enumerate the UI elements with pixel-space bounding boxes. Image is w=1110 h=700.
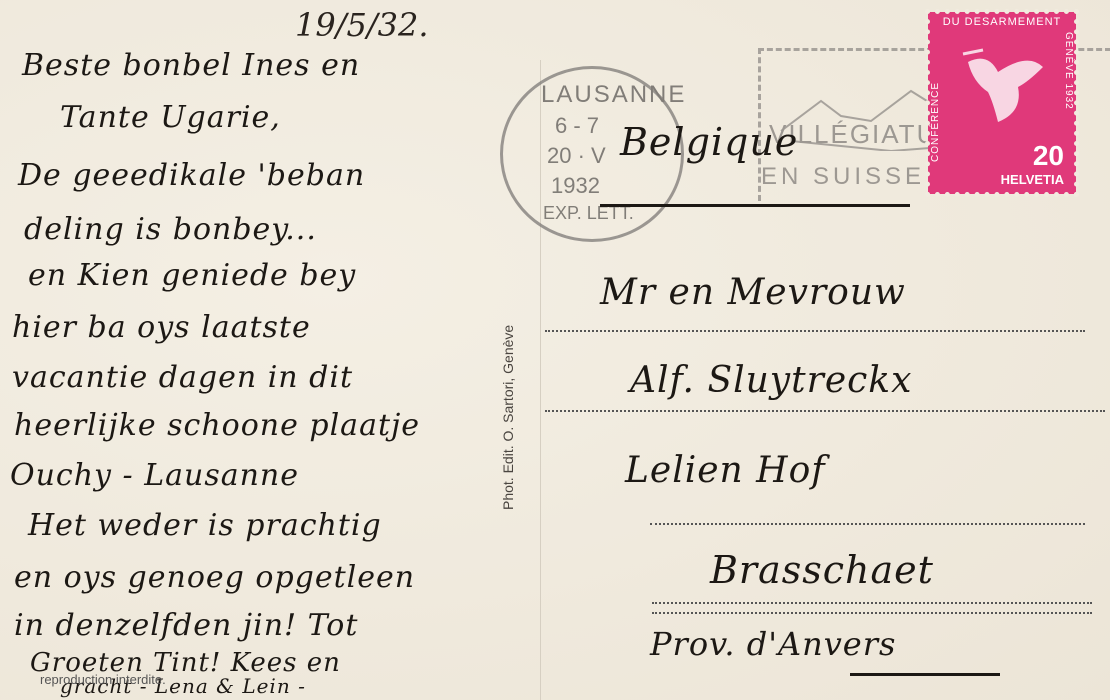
address-country: Belgique — [620, 120, 798, 164]
stamp-country: HELVETIA — [1001, 172, 1064, 187]
address-line3: Lelien Hof — [625, 450, 826, 491]
message-line: vacantie dagen in dit — [12, 360, 353, 395]
message-line: Ouchy - Lausanne — [10, 458, 299, 493]
message-line: in denzelfden jin! Tot — [14, 608, 358, 643]
postcard: 19/5/32. Beste bonbel Ines en Tante Ugar… — [0, 0, 1110, 700]
message-line: deling is bonbey... — [24, 212, 317, 247]
address-line5: Prov. d'Anvers — [650, 625, 896, 663]
country-underline — [600, 204, 910, 207]
message-line: Beste bonbel Ines en — [22, 48, 360, 83]
province-underline — [850, 673, 1000, 676]
postage-stamp: DU DESARMEMENT CONFÉRENCE GENÈVE 1932 20… — [928, 12, 1076, 194]
address-rule — [652, 602, 1092, 604]
message-line: en oys genoeg opgetleen — [14, 560, 415, 595]
stamp-top-text: DU DESARMEMENT — [928, 16, 1076, 28]
slogan-line2: EN SUISSE — [761, 163, 925, 191]
reproduction-notice: reproduction interdite. — [40, 672, 166, 687]
message-line: hier ba oys laatste — [12, 310, 311, 345]
message-line: en Kien geniede bey — [28, 258, 356, 293]
postmark-year: 1932 — [551, 173, 600, 199]
address-rule — [545, 410, 1105, 412]
message-line: Tante Ugarie, — [60, 100, 281, 135]
stamp-right-text: GENÈVE 1932 — [1063, 32, 1074, 110]
stamp-left-text: CONFÉRENCE — [930, 82, 941, 162]
message-line: Het weder is prachtig — [28, 508, 382, 543]
message-line: De geeedikale 'beban — [18, 158, 365, 193]
handwritten-date: 19/5/32. — [295, 6, 429, 44]
address-line1: Mr en Mevrouw — [600, 272, 906, 313]
address-line2: Alf. Sluytreckx — [630, 360, 912, 401]
address-rule — [545, 330, 1085, 332]
photo-credit: Phot. Edit. O. Sartori, Genève — [500, 325, 516, 510]
address-rule — [650, 523, 1085, 525]
postmark-date: 20 · V — [547, 143, 606, 169]
message-line: heerlijke schoone plaatje — [14, 408, 420, 443]
postmark-city: LAUSANNE — [541, 81, 686, 109]
dove-icon — [958, 42, 1048, 132]
address-line4: Brasschaet — [710, 548, 934, 592]
stamp-value: 20 — [1033, 140, 1064, 172]
address-rule — [652, 612, 1092, 614]
postmark-time: 6 - 7 — [555, 113, 599, 139]
